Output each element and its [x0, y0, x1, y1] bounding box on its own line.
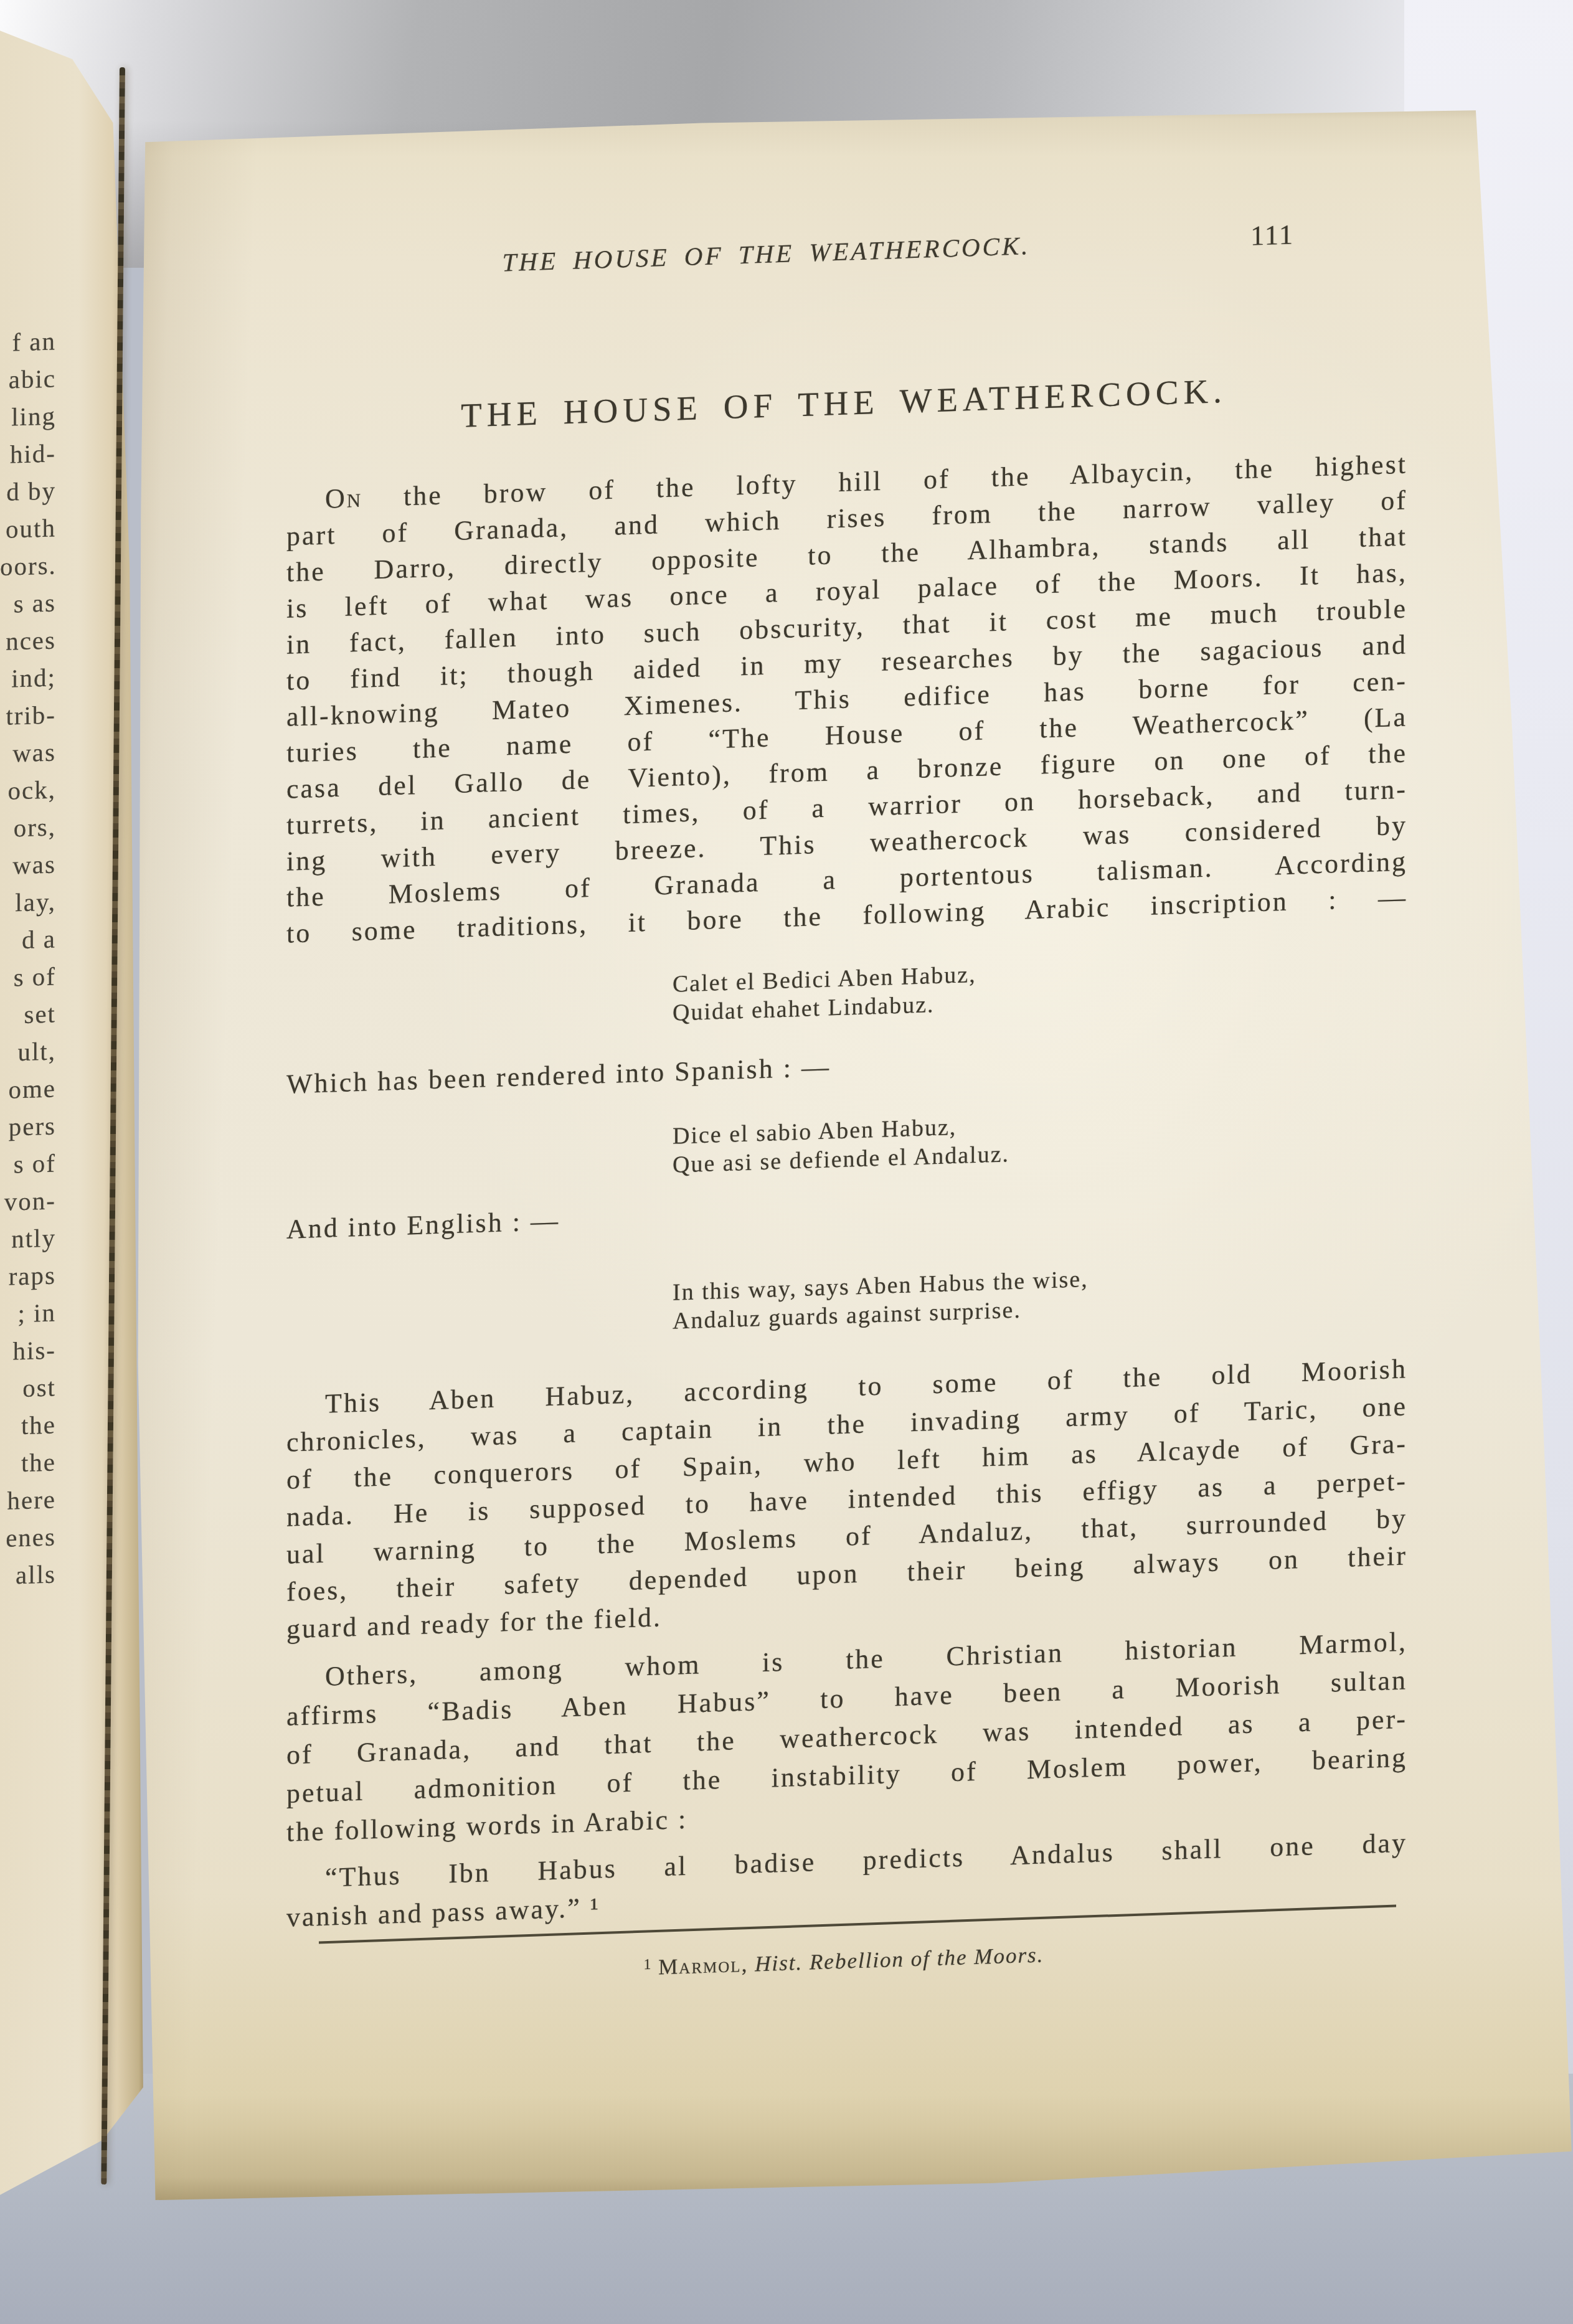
footnote-author: Marmol,: [658, 1952, 748, 1980]
left-page-fragment-line: ock,: [0, 770, 56, 810]
english-intro: And into English : —: [286, 1176, 1407, 1248]
page-number: 111: [1250, 217, 1319, 252]
footnote: 1 Marmol, Hist. Rebellion of the Moors.: [286, 1925, 1401, 1995]
left-page-fragment-line: set: [0, 994, 56, 1034]
left-page-fragment-line: the: [0, 1443, 56, 1482]
footnote-marker: 1: [643, 1957, 651, 1973]
left-page-fragment-line: the: [0, 1405, 56, 1445]
left-page-fragment-line: here: [0, 1480, 56, 1519]
left-page-fragment-line: ult,: [0, 1032, 56, 1071]
chapter-title: THE HOUSE OF THE WEATHERCOCK.: [286, 366, 1401, 441]
left-page-fragment-line: alls: [0, 1555, 56, 1594]
verse-english: In this way, says Aben Habus the wise,An…: [673, 1256, 1358, 1336]
left-page-fragment-line: von-: [0, 1181, 56, 1221]
left-page-fragment-line: ost: [0, 1368, 56, 1407]
left-page-fragment-line: ntly: [0, 1219, 56, 1258]
printed-text-layer: THE HOUSE OF THE WEATHERCOCK. 111 THE HO…: [280, 0, 1407, 2324]
left-page-fragment-line: s of: [0, 957, 56, 996]
left-page-fragment-line: enes: [0, 1518, 56, 1557]
left-page-fragment-line: nces: [0, 621, 56, 660]
verse-spanish: Dice el sabio Aben Habuz,Que asi se defi…: [673, 1100, 1358, 1179]
left-page-fragment-line: trib-: [0, 696, 56, 735]
spanish-intro: Which has been rendered into Spanish : —: [286, 1031, 1407, 1103]
left-page-edge: f anabiclinghid-d byouthoors.s asncesind…: [0, 17, 151, 2213]
left-page-fragment-line: lay,: [0, 882, 56, 922]
paragraph-2: This Aben Habuz, according to some of th…: [286, 1351, 1407, 1648]
left-page-fragment-line: d a: [0, 920, 56, 959]
footnote-work: Hist. Rebellion of the Moors.: [755, 1942, 1044, 1976]
left-page-fragment-line: f an: [0, 322, 56, 361]
book-photo-scene: f anabiclinghid-d byouthoors.s asncesind…: [0, 0, 1573, 2324]
left-page-fragment-line: pers: [0, 1107, 56, 1146]
left-page-fragment-line: hid-: [0, 434, 56, 473]
drop-initial: O: [325, 483, 347, 514]
left-page-fragment-line: outh: [0, 509, 56, 548]
left-page-fragment-line: d by: [0, 471, 56, 511]
left-page-fragment-line: s as: [0, 583, 56, 623]
left-page-text-fragments: f anabiclinghid-d byouthoors.s asncesind…: [0, 322, 56, 1594]
left-page-fragment-line: ling: [0, 397, 56, 436]
left-page-fragment-line: s of: [0, 1144, 56, 1183]
left-page-fragment-line: raps: [0, 1256, 56, 1295]
left-page-fragment-line: abic: [0, 359, 56, 399]
left-page-fragment-line: ind;: [0, 658, 56, 697]
left-page-fragment-line: ome: [0, 1069, 56, 1108]
left-page-fragment-line: oors.: [0, 546, 56, 585]
small-cap-letter: n: [347, 483, 362, 514]
verse-arabic: Calet el Bedici Aben Habuz,Quidat ehahet…: [673, 948, 1358, 1027]
left-page-fragment-line: ors,: [0, 808, 56, 847]
left-page-fragment-line: ; in: [0, 1293, 56, 1333]
running-header: THE HOUSE OF THE WEATHERCOCK.: [285, 224, 1247, 285]
left-page-fragment-line: was: [0, 733, 56, 772]
left-page-fragment-line: was: [0, 845, 56, 884]
paragraph-1-lines: part of Granada, and which rises from th…: [286, 483, 1407, 952]
left-page-fragment-line: his-: [0, 1331, 56, 1370]
paragraph-3: Others, among whom is the Christian hist…: [286, 1623, 1407, 1852]
